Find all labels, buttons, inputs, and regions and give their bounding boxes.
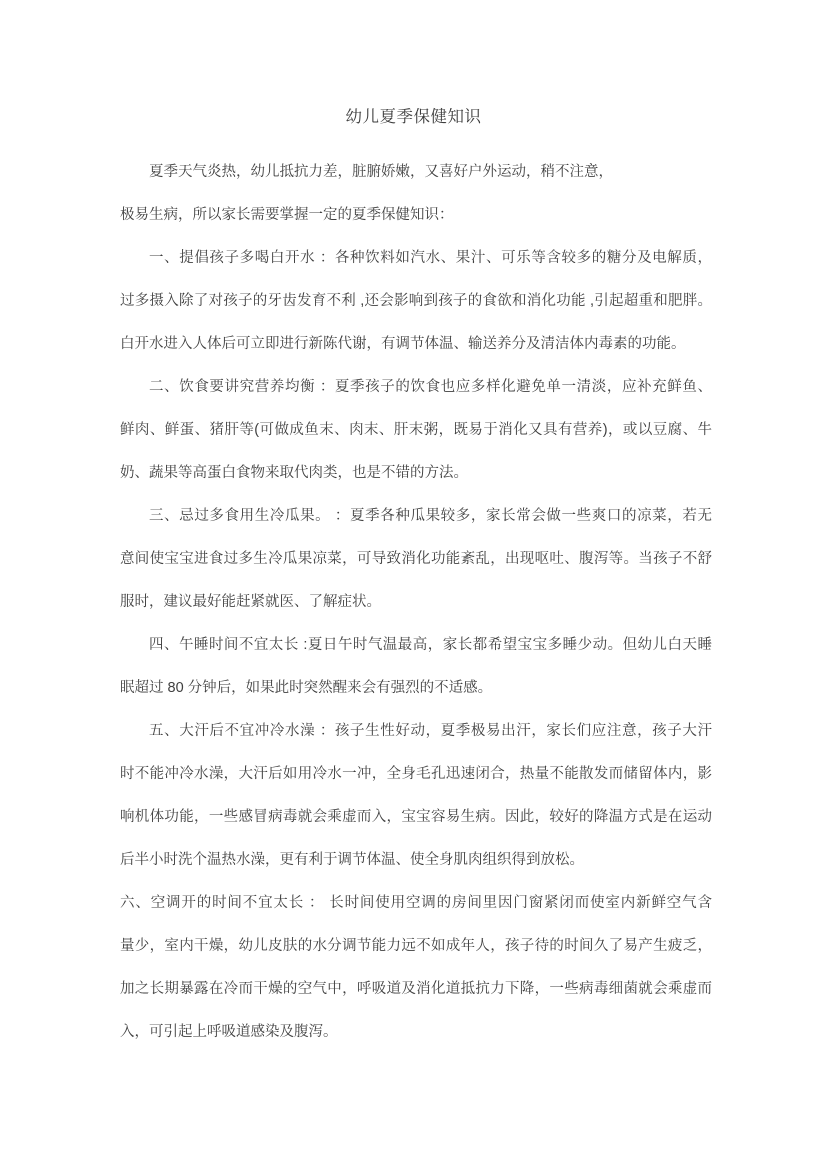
document-line: 三、忌过多食用生冷瓜果。 ：夏季各种瓜果较多，家长常会做一些爽口的凉菜，若无 <box>120 495 712 538</box>
document-page: 幼儿夏季保健知识 夏季天气炎热，幼儿抵抗力差，脏腑娇嫩，又喜好户外运动，稍不注意… <box>0 0 827 1170</box>
document-line: 过多摄入除了对孩子的牙齿发育不利 ,还会影响到孩子的食欲和消化功能 ,引起超重和… <box>120 280 712 323</box>
document-line: 时不能冲冷水澡，大汗后如用冷水一冲，全身毛孔迅速闭合，热量不能散发而储留体内，影 <box>120 753 712 796</box>
document-line: 眠超过 80 分钟后，如果此时突然醒来会有强烈的不适感。 <box>120 667 712 710</box>
document-line: 服时，建议最好能赶紧就医、了解症状。 <box>120 581 712 624</box>
document-title: 幼儿夏季保健知识 <box>0 96 827 139</box>
document-body: 夏季天气炎热，幼儿抵抗力差，脏腑娇嫩，又喜好户外运动，稍不注意，极易生病，所以家… <box>120 151 712 1054</box>
document-line: 加之长期暴露在冷而干燥的空气中，呼吸道及消化道抵抗力下降，一些病毒细菌就会乘虚而 <box>120 968 712 1011</box>
document-line: 二、饮食要讲究营养均衡 ：夏季孩子的饮食也应多样化避免单一清淡，应补充鲜鱼、 <box>120 366 712 409</box>
document-line: 量少，室内干燥，幼儿皮肤的水分调节能力远不如成年人，孩子待的时间久了易产生疲乏， <box>120 925 712 968</box>
document-line: 一、提倡孩子多喝白开水 ：各种饮料如汽水、果汁、可乐等含较多的糖分及电解质， <box>120 237 712 280</box>
document-line: 响机体功能，一些感冒病毒就会乘虚而入，宝宝容易生病。因此，较好的降温方式是在运动 <box>120 796 712 839</box>
document-line: 白开水进入人体后可立即进行新陈代谢，有调节体温、输送养分及清洁体内毒素的功能。 <box>120 323 712 366</box>
document-line: 鲜肉、鲜蛋、猪肝等(可做成鱼末、肉末、肝末粥，既易于消化又具有营养)，或以豆腐、… <box>120 409 712 452</box>
document-line: 入，可引起上呼吸道感染及腹泻。 <box>120 1011 712 1054</box>
document-line: 极易生病，所以家长需要掌握一定的夏季保健知识： <box>120 194 712 237</box>
document-line: 六、空调开的时间不宜太长 ： 长时间使用空调的房间里因门窗紧闭而使室内新鲜空气含 <box>120 882 712 925</box>
document-line: 奶、蔬果等高蛋白食物来取代肉类，也是不错的方法。 <box>120 452 712 495</box>
document-line: 意间使宝宝进食过多生冷瓜果凉菜，可导致消化功能紊乱，出现呕吐、腹泻等。当孩子不舒 <box>120 538 712 581</box>
document-line: 五、大汗后不宜冲冷水澡 ：孩子生性好动，夏季极易出汗，家长们应注意，孩子大汗 <box>120 710 712 753</box>
document-line: 四、午睡时间不宜太长 :夏日午时气温最高，家长都希望宝宝多睡少动。但幼儿白天睡 <box>120 624 712 667</box>
document-line: 夏季天气炎热，幼儿抵抗力差，脏腑娇嫩，又喜好户外运动，稍不注意， <box>120 151 712 194</box>
document-line: 后半小时洗个温热水澡，更有利于调节体温、使全身肌肉组织得到放松。 <box>120 839 712 882</box>
